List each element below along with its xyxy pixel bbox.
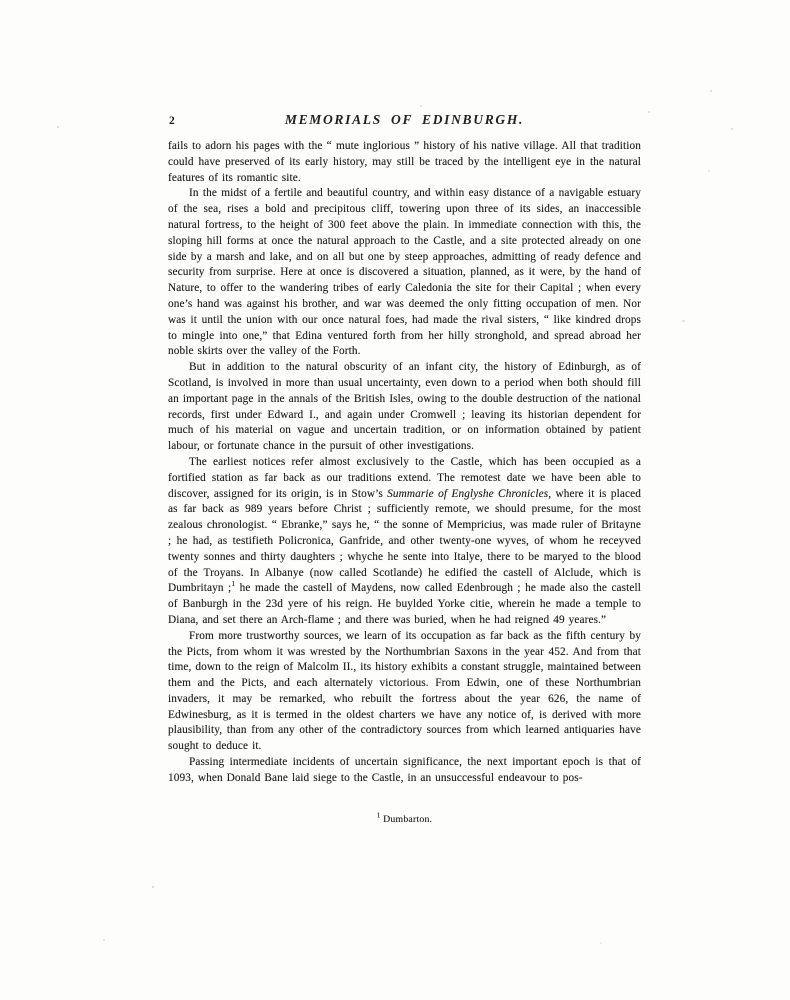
scan-speck bbox=[600, 942, 602, 944]
paragraph-text: fails to adorn his pages with the “ mute… bbox=[168, 140, 641, 184]
paragraph-text: , where it is placed as far back as 989 … bbox=[168, 488, 641, 595]
scan-speck bbox=[682, 320, 685, 322]
scan-speck bbox=[708, 170, 710, 172]
book-page: 2 MEMORIALS OF EDINBURGH. fails to adorn… bbox=[0, 0, 790, 1000]
paragraph: The earliest notices refer almost exclus… bbox=[168, 455, 641, 629]
footnote-text: Dumbarton. bbox=[383, 814, 432, 825]
paragraph-text: From more trustworthy sources, we learn … bbox=[168, 630, 641, 753]
page-header: 2 MEMORIALS OF EDINBURGH. bbox=[168, 112, 641, 132]
paragraph-text: But in addition to the natural obscurity… bbox=[168, 361, 641, 452]
paragraph: Passing intermediate incidents of uncert… bbox=[168, 755, 641, 787]
text-block: fails to adorn his pages with the “ mute… bbox=[168, 139, 641, 787]
scan-speck bbox=[57, 126, 59, 128]
page-number: 2 bbox=[169, 115, 175, 127]
scan-speck bbox=[103, 939, 105, 941]
paragraph-text: In the midst of a fertile and beautiful … bbox=[168, 187, 641, 357]
paragraph-text: he made the castell of Maydens, now call… bbox=[168, 582, 641, 626]
paragraph: In the midst of a fertile and beautiful … bbox=[168, 186, 641, 360]
scan-speck bbox=[420, 105, 422, 107]
paragraph-continuation: fails to adorn his pages with the “ mute… bbox=[168, 139, 641, 186]
scan-speck bbox=[648, 111, 650, 113]
paragraph-text: Passing intermediate incidents of uncert… bbox=[168, 756, 641, 784]
scan-speck bbox=[152, 886, 154, 888]
footnote: 1 Dumbarton. bbox=[168, 814, 641, 825]
scan-speck bbox=[710, 90, 712, 92]
running-title: MEMORIALS OF EDINBURGH. bbox=[168, 112, 641, 128]
paragraph: From more trustworthy sources, we learn … bbox=[168, 629, 641, 755]
cited-book-title: Summarie of Englyshe Chronicles bbox=[387, 488, 548, 500]
scan-speck bbox=[731, 128, 733, 130]
paragraph: But in addition to the natural obscurity… bbox=[168, 360, 641, 455]
footnote-marker: 1 bbox=[377, 812, 381, 820]
